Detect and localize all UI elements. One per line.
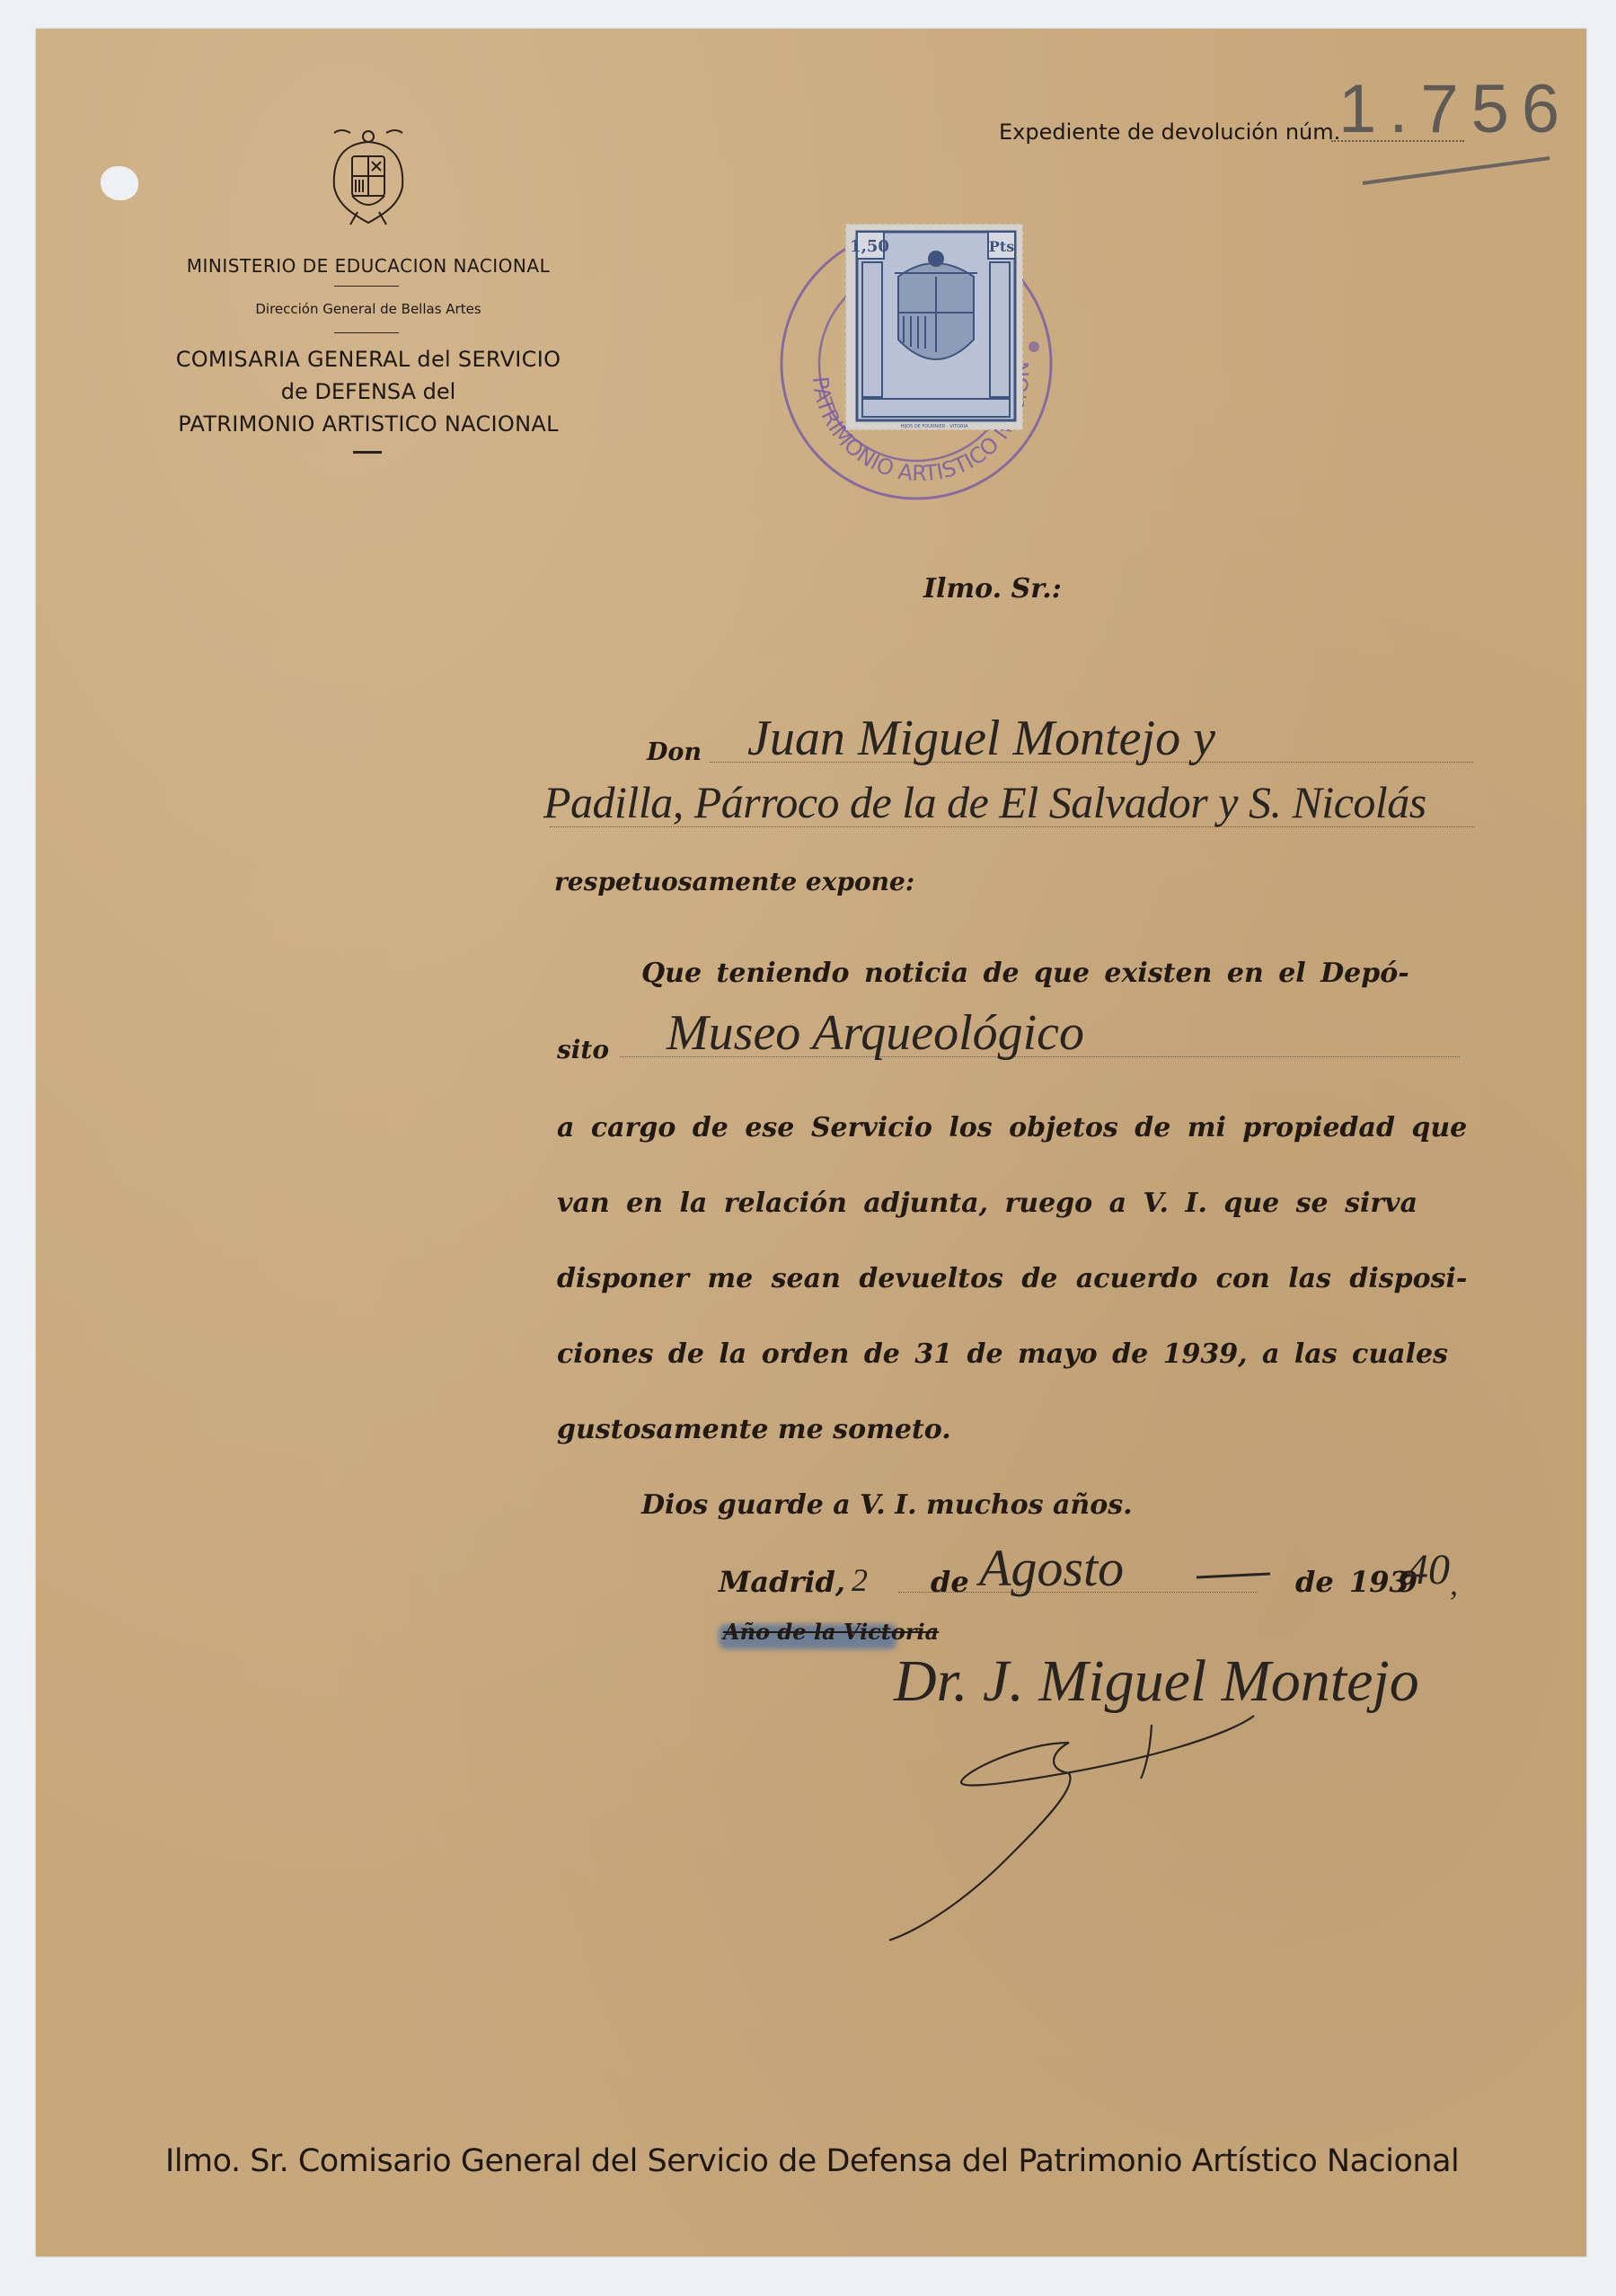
punch-hole [101, 166, 138, 200]
date-day: 2 [852, 1561, 868, 1599]
revenue-stamp: 1,50 Pts HIJOS DE FOURNIER - VITORIA [844, 223, 1024, 431]
date-comma: , [1450, 1565, 1458, 1603]
date-de-1: de [931, 1565, 969, 1599]
date-year-handwritten: 40 [1407, 1545, 1450, 1594]
pencil-underline [1361, 153, 1559, 189]
sito-label: sito [557, 1035, 609, 1064]
direction-name: Dirección General de Bellas Artes [135, 301, 602, 317]
handwritten-name-line-1: Juan Miguel Montejo y [747, 710, 1215, 767]
file-number-label: Expediente de devolución núm. [999, 119, 1340, 145]
divider [334, 286, 399, 287]
body-line-4: van en la relación adjunta, ruego a V. I… [557, 1188, 1417, 1219]
commission-line-1: COMISARIA GENERAL del SERVICIO [135, 347, 602, 372]
date-de-2: de [1295, 1565, 1334, 1599]
body-line-5: disponer me sean devueltos de acuerdo co… [557, 1263, 1467, 1294]
victory-year-text: Año de la Victoria [723, 1619, 939, 1645]
expone-text: respetuosamente expone: [554, 867, 914, 896]
stamp-value: 1,50 [850, 237, 889, 256]
commission-line-3: PATRIMONIO ARTISTICO NACIONAL [135, 411, 602, 437]
divider [334, 332, 399, 333]
footer-addressee: Ilmo. Sr. Comisario General del Servicio… [165, 2143, 1459, 2179]
commission-line-2: de DEFENSA del [135, 379, 602, 404]
ministry-name: MINISTERIO DE EDUCACION NACIONAL [135, 255, 602, 277]
body-line-3: a cargo de ese Servicio los objetos de m… [557, 1112, 1467, 1144]
signature: Dr. J. Miguel Montejo [894, 1647, 1419, 1716]
signature-flourish [853, 1707, 1320, 1940]
divider [353, 451, 382, 454]
body-line-6: ciones de la orden de 31 de mayo de 1939… [557, 1338, 1448, 1370]
date-month-handwritten: Agosto [979, 1538, 1124, 1598]
stamp-currency: Pts [989, 238, 1014, 255]
pen-dash [1195, 1568, 1276, 1586]
date-city: Madrid, [719, 1565, 845, 1599]
body-line-7: gustosamente me someto. [557, 1414, 951, 1445]
salutation: Ilmo. Sr.: [923, 573, 1062, 605]
stamp-printer: HIJOS DE FOURNIER - VITORIA [900, 424, 968, 429]
body-line-1: Que teniendo noticia de que existen en e… [641, 958, 1409, 989]
don-label: Don [647, 738, 702, 766]
file-number-value: 1.756 [1338, 70, 1572, 148]
closing-line: Dios guarde a V. I. muchos años. [641, 1489, 1133, 1521]
handwritten-deposit: Museo Arqueológico [667, 1004, 1084, 1062]
coat-of-arms-icon [325, 124, 411, 230]
handwritten-name-line-2: Padilla, Párroco de la de El Salvador y … [543, 776, 1426, 828]
